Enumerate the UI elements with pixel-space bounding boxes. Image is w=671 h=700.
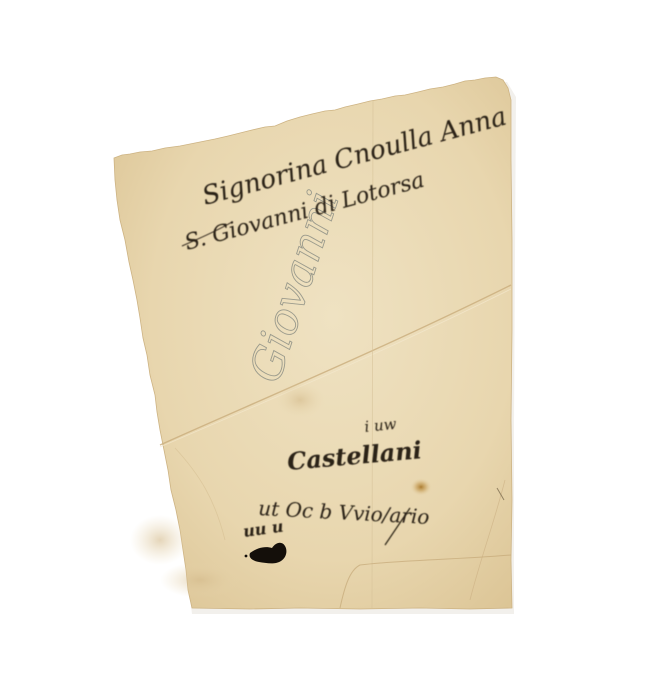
document-stage: Giovanni Signorina Cnoulla Anna S. Giova… [0,0,671,700]
brown-stain [410,478,432,496]
handwriting-line-3: i uw [364,415,398,436]
paper-scan: Giovanni Signorina Cnoulla Anna S. Giova… [0,0,671,700]
